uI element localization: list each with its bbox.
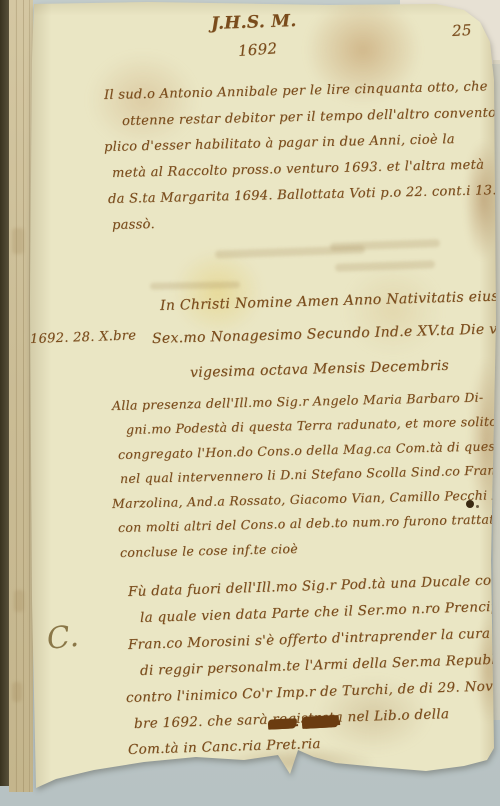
manuscript-line: di reggir personalm.te l'Armi della Ser.… [140, 651, 500, 679]
header-monogram: J.H.S. M. [211, 11, 297, 34]
manuscript-line: Sex.mo Nonagesimo Secundo Ind.e XV.ta Di… [152, 319, 500, 347]
manuscript-line: Fran.co Morosini s'è offerto d'intrapren… [128, 626, 491, 653]
paper-stain [468, 600, 500, 740]
paper-stain [458, 120, 500, 280]
margin-date-note: 1692. 28. X.bre [30, 328, 137, 347]
ink-blot [476, 505, 479, 508]
manuscript-line: ottenne restar debitor per il tempo dell… [122, 105, 500, 129]
manuscript-line: Com.tà in Canc.ria Pret.ria [128, 736, 321, 758]
folio-number: 25 [452, 21, 473, 40]
manuscript-line: passò. [112, 217, 155, 233]
ink-bleedthrough [150, 281, 240, 290]
manuscript-line: Il sud.o Antonio Annibale per le lire ci… [104, 79, 488, 103]
manuscript-line: nel qual intervennero li D.ni Stefano Sc… [120, 462, 500, 486]
manuscript-line: vigesima octava Mensis Decembris [190, 358, 449, 381]
manuscript-line: con molti altri del Cons.o al deb.to num… [118, 511, 500, 535]
manuscript-line: In Christi Nomine Amen Anno Nativitatis … [160, 286, 500, 314]
manuscript-line: Fù data fuori dell'Ill.mo Sig.r Pod.tà u… [128, 572, 500, 600]
manuscript-line: contro l'inimico Co'r Imp.r de Turchi, d… [126, 678, 500, 706]
manuscript-line: concluse le cose inf.te cioè [120, 541, 298, 560]
ink-bleedthrough [330, 239, 440, 251]
manuscript-line: plico d'esser habilitato à pagar in due … [104, 132, 455, 155]
manuscript-line: da S.ta Margarita 1694. Ballottata Voti … [108, 183, 500, 207]
manuscript-line: metà al Raccolto pross.o venturo 1693. e… [112, 158, 485, 181]
ink-scribble [302, 715, 339, 729]
page-shadow-wrap: J.H.S. M. 1692 25 Il sud.o Antonio Annib… [0, 0, 500, 806]
ink-bleedthrough [335, 260, 435, 271]
header-year: 1692 [237, 39, 278, 60]
margin-mark: C. [45, 619, 81, 657]
manuscript-line: Alla presenza dell'Ill.mo Sig.r Angelo M… [112, 390, 484, 413]
manuscript-line: gni.mo Podestà di questa Terra radunato,… [126, 414, 497, 437]
manuscript-line: congregato l'Hon.do Cons.o della Mag.ca … [118, 437, 500, 462]
manuscript-line: Marzolina, And.a Rossato, Giacomo Vian, … [112, 486, 500, 511]
manuscript-line: la quale vien data Parte che il Ser.mo n… [140, 598, 500, 626]
ink-blot [466, 500, 474, 508]
manuscript-scan: J.H.S. M. 1692 25 Il sud.o Antonio Annib… [0, 0, 500, 806]
ink-scribble [268, 718, 296, 729]
manuscript-page: J.H.S. M. 1692 25 Il sud.o Antonio Annib… [28, 0, 498, 794]
